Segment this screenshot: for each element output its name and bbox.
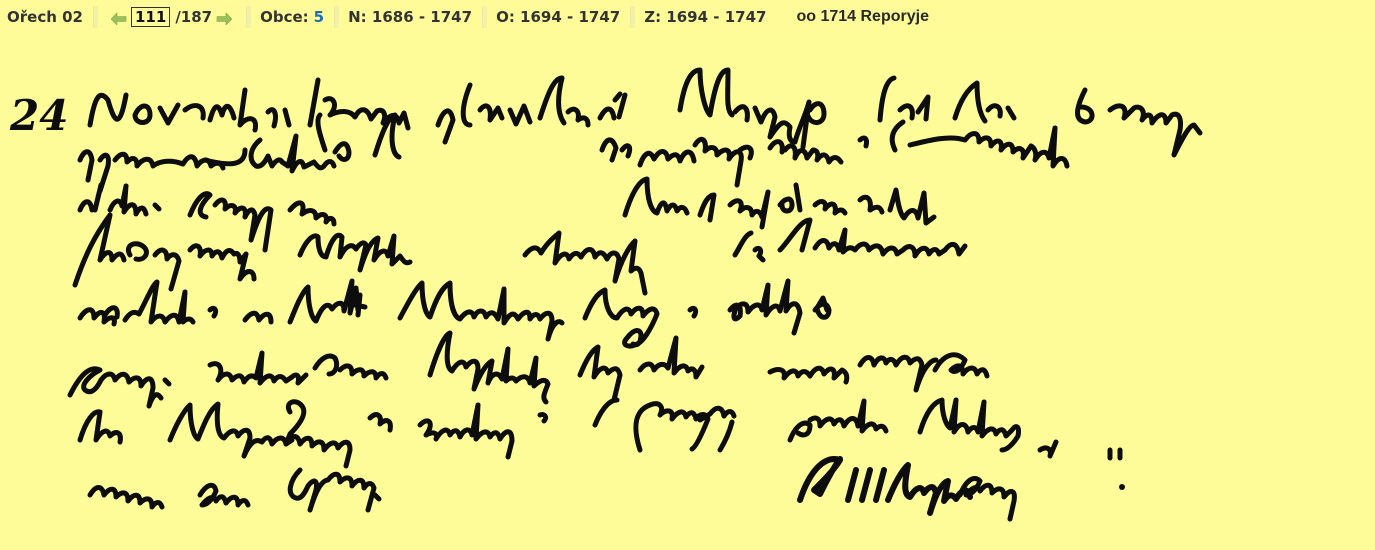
births-range: N: 1686 - 1747 <box>341 6 480 28</box>
register-name-segment: Ořech 02 <box>0 6 91 28</box>
marriages-range: O: 1694 - 1747 <box>489 6 628 28</box>
toolbar-divider <box>482 6 487 28</box>
villages-count-link[interactable]: 5 <box>314 8 324 26</box>
page-navigation: 111 /187 <box>100 6 244 28</box>
date-marker: 24 <box>9 91 68 140</box>
arrow-right-icon[interactable] <box>216 11 232 23</box>
toolbar-divider <box>93 6 98 28</box>
record-info: oo 1714 Reporyje <box>796 8 929 26</box>
marriages-range-text: O: 1694 - 1747 <box>496 8 620 26</box>
total-pages: /187 <box>175 8 212 26</box>
villages-segment: Obce: 5 <box>253 6 332 28</box>
toolbar-divider <box>334 6 339 28</box>
toolbar-divider <box>630 6 635 28</box>
register-toolbar: Ořech 02 111 /187 Obce: 5 N: 1686 - 1747… <box>0 0 1375 34</box>
current-page-input[interactable]: 111 <box>131 7 170 27</box>
manuscript-scan-image[interactable]: 24 <box>0 34 1375 550</box>
deaths-range-text: Z: 1694 - 1747 <box>644 8 766 26</box>
toolbar-divider <box>246 6 251 28</box>
deaths-range: Z: 1694 - 1747 <box>637 6 774 28</box>
births-range-text: N: 1686 - 1747 <box>348 8 472 26</box>
register-name: Ořech 02 <box>7 8 83 26</box>
villages-label: Obce: <box>260 8 309 26</box>
arrow-left-icon[interactable] <box>111 11 127 23</box>
handwriting-strokes: 24 <box>0 34 1375 550</box>
